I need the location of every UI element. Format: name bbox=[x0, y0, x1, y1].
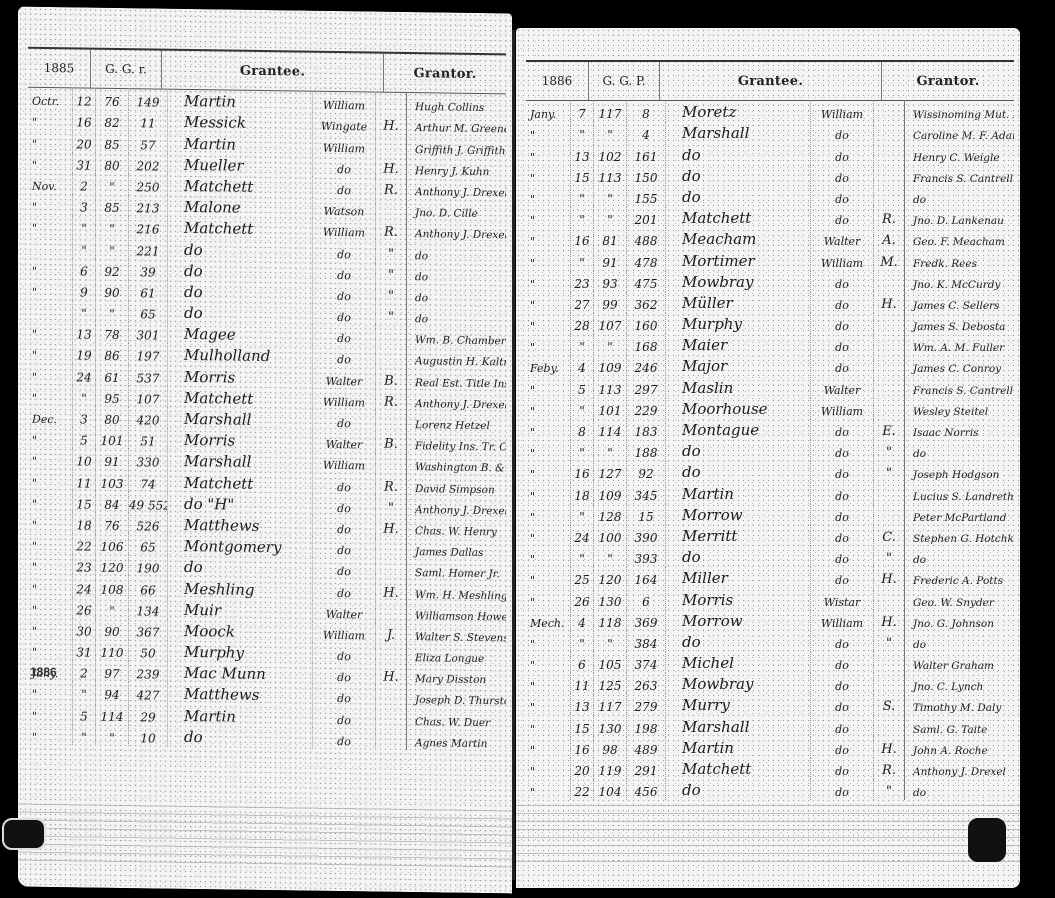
grantee-surname-cell: Merritt bbox=[666, 524, 811, 546]
grantee-given-name-cell: Walter bbox=[811, 375, 874, 397]
grantor-cell: Peter McPartland bbox=[905, 503, 1014, 525]
volume-cell: 82 bbox=[96, 109, 129, 132]
page-cell: 488 bbox=[627, 227, 666, 249]
month-cell: " bbox=[28, 320, 73, 343]
grantee-given-name-cell: do bbox=[811, 333, 874, 355]
grantee-initial-cell bbox=[874, 354, 905, 376]
grantee-given-name-cell: do bbox=[811, 481, 874, 503]
grantee-given-name-cell: do bbox=[811, 206, 874, 228]
right-page: 1886 G. G. P. Grantee. Grantor. Jany. 7 … bbox=[516, 28, 1020, 888]
grantee-surname-cell: Murry bbox=[666, 693, 811, 715]
page-cell: 279 bbox=[627, 693, 666, 715]
grantee-given-name-cell: do bbox=[313, 514, 376, 537]
page-cell: 190 bbox=[129, 554, 168, 577]
grantee-given-name-cell: do bbox=[313, 281, 376, 304]
volume-cell: 110 bbox=[96, 639, 129, 662]
year-mark-1886: 1886 bbox=[30, 665, 57, 679]
grantor-cell: do bbox=[905, 778, 1014, 800]
volume-cell: " bbox=[96, 596, 129, 619]
day-cell: " bbox=[571, 206, 594, 228]
grantee-surname-cell: Meacham bbox=[666, 227, 811, 249]
volume-cell: 113 bbox=[594, 375, 627, 397]
volume-cell: " bbox=[96, 723, 129, 746]
page-cell: 149 bbox=[129, 88, 168, 111]
ledger-row: " 13 117 279 Murry do S. Timothy M. Daly bbox=[526, 694, 1014, 715]
page-cell: 263 bbox=[627, 672, 666, 694]
day-cell: 8 bbox=[571, 418, 594, 440]
month-cell: " bbox=[28, 574, 73, 597]
grantor-cell: do bbox=[905, 545, 1014, 567]
page-cell: 362 bbox=[627, 291, 666, 313]
grantee-initial-cell: " bbox=[874, 439, 905, 461]
volume-cell: 85 bbox=[96, 130, 129, 153]
day-cell: " bbox=[73, 299, 96, 322]
grantee-given-name-cell: do bbox=[811, 121, 874, 143]
grantor-cell: Walter S. Stevenson bbox=[407, 622, 506, 646]
ledger-row: " 24 100 390 Merritt do C. Stephen G. Ho… bbox=[526, 525, 1014, 546]
grantee-given-name-cell: William bbox=[313, 91, 376, 114]
day-cell: 16 bbox=[571, 460, 594, 482]
ledger-row: " 16 98 489 Martin do H. John A. Roche bbox=[526, 737, 1014, 758]
grantee-given-name-cell: do bbox=[811, 651, 874, 673]
month-cell: " bbox=[526, 248, 571, 270]
grantee-given-name-cell: do bbox=[313, 536, 376, 559]
grantor-cell: John A. Roche bbox=[905, 736, 1014, 758]
page-cell: 420 bbox=[129, 406, 168, 429]
grantee-surname-cell: Morris bbox=[666, 587, 811, 609]
grantor-cell: David Simpson bbox=[407, 473, 506, 497]
day-cell: " bbox=[571, 185, 594, 207]
grantee-surname-cell: Matchett bbox=[666, 757, 811, 779]
volume-cell: 118 bbox=[594, 609, 627, 631]
grantee-surname-cell: do bbox=[666, 142, 811, 164]
month-cell: " bbox=[28, 701, 73, 724]
volume-cell: 86 bbox=[96, 342, 129, 365]
volume-cell: 119 bbox=[594, 757, 627, 779]
page-cell: 107 bbox=[129, 385, 168, 408]
volume-cell: 120 bbox=[96, 554, 129, 577]
grantee-surname-cell: Marshall bbox=[666, 714, 811, 736]
day-cell: 23 bbox=[571, 270, 594, 292]
grantee-given-name-cell: William bbox=[811, 609, 874, 631]
page-cell: 330 bbox=[129, 448, 168, 471]
day-cell: 20 bbox=[73, 130, 96, 153]
volume-cell: " bbox=[594, 630, 627, 652]
grantee-initial-cell bbox=[376, 346, 407, 369]
month-cell: " bbox=[28, 722, 73, 745]
grantee-given-name-cell: William bbox=[313, 218, 376, 241]
volume-cell: " bbox=[594, 185, 627, 207]
right-header-grantee: Grantee. bbox=[660, 62, 882, 100]
page-cell: 456 bbox=[627, 778, 666, 800]
grantor-cell: Henry J. Kuhn bbox=[407, 156, 506, 180]
day-cell: " bbox=[571, 397, 594, 419]
volume-cell: 95 bbox=[96, 384, 129, 407]
page-cell: 164 bbox=[627, 566, 666, 588]
grantee-surname-cell: do bbox=[666, 778, 811, 800]
volume-cell: 117 bbox=[594, 100, 627, 122]
grantee-surname-cell: Maslin bbox=[666, 375, 811, 397]
volume-cell: 114 bbox=[594, 418, 627, 440]
grantee-given-name-cell: do bbox=[811, 566, 874, 588]
ledger-row: " 11 125 263 Mowbray do Jno. C. Lynch bbox=[526, 673, 1014, 694]
grantor-cell: Mary Disston bbox=[407, 664, 506, 688]
grantee-initial-cell bbox=[376, 685, 407, 708]
grantor-cell: Wm. H. Meshling bbox=[407, 579, 506, 603]
day-cell: 5 bbox=[571, 375, 594, 397]
month-cell: " bbox=[526, 693, 571, 715]
month-cell: " bbox=[526, 714, 571, 736]
page-cell: 155 bbox=[627, 185, 666, 207]
month-cell: " bbox=[28, 193, 73, 216]
page-cell: 57 bbox=[129, 130, 168, 153]
page-cell: 297 bbox=[627, 375, 666, 397]
page-cell: 393 bbox=[627, 545, 666, 567]
day-cell: 6 bbox=[73, 257, 96, 280]
grantee-initial-cell: " bbox=[376, 282, 407, 305]
month-cell: " bbox=[526, 587, 571, 609]
grantor-cell: Timothy M. Daly bbox=[905, 693, 1014, 715]
day-cell: 4 bbox=[571, 609, 594, 631]
ledger-row: " " 128 15 Morrow do Peter McPartland bbox=[526, 504, 1014, 525]
month-cell: Feby. bbox=[526, 354, 571, 376]
grantee-initial-cell: H. bbox=[874, 609, 905, 631]
month-cell: Nov. bbox=[28, 171, 73, 194]
day-cell: 25 bbox=[571, 566, 594, 588]
day-cell: " bbox=[571, 121, 594, 143]
ledger-row: " 26 130 6 Morris Wistar Geo. W. Snyder bbox=[526, 588, 1014, 609]
volume-cell: " bbox=[96, 172, 129, 195]
volume-cell: 80 bbox=[96, 405, 129, 428]
volume-cell: 81 bbox=[594, 227, 627, 249]
page-cell: 10 bbox=[129, 724, 168, 747]
grantee-initial-cell: S. bbox=[874, 693, 905, 715]
volume-cell: " bbox=[594, 333, 627, 355]
page-cell: 65 bbox=[129, 533, 168, 556]
day-cell: 7 bbox=[571, 100, 594, 122]
day-cell: 13 bbox=[73, 320, 96, 343]
grantee-given-name-cell: do bbox=[811, 524, 874, 546]
day-cell: 26 bbox=[73, 596, 96, 619]
page-cell: 61 bbox=[129, 279, 168, 302]
grantor-cell: Arthur M. Greene bbox=[407, 113, 506, 137]
day-cell: 20 bbox=[571, 757, 594, 779]
grantor-cell: do bbox=[407, 261, 506, 285]
page-cell: 478 bbox=[627, 248, 666, 270]
month-cell: " bbox=[28, 214, 73, 237]
grantee-surname-cell: Mortimer bbox=[666, 248, 811, 270]
grantee-given-name-cell: do bbox=[313, 239, 376, 262]
grantee-initial-cell: H. bbox=[376, 515, 407, 538]
grantor-cell: Anthony J. Drexel bbox=[407, 389, 506, 413]
grantee-surname-cell: Mowbray bbox=[666, 672, 811, 694]
volume-cell: 114 bbox=[96, 702, 129, 725]
page-cell: 11 bbox=[129, 109, 168, 132]
day-cell: " bbox=[571, 439, 594, 461]
grantee-initial-cell bbox=[874, 121, 905, 143]
day-cell: 6 bbox=[571, 651, 594, 673]
month-cell: " bbox=[28, 638, 73, 661]
page-cell: 183 bbox=[627, 418, 666, 440]
grantee-given-name-cell: do bbox=[811, 142, 874, 164]
day-cell: 16 bbox=[571, 736, 594, 758]
day-cell: 24 bbox=[73, 363, 96, 386]
grantor-cell: Isaac Norris bbox=[905, 418, 1014, 440]
grantee-surname-cell: do bbox=[666, 630, 811, 652]
left-rows: Octr. 12 76 149 Martin William Hugh Coll… bbox=[28, 88, 506, 751]
volume-cell: 108 bbox=[96, 575, 129, 598]
volume-cell: 91 bbox=[594, 248, 627, 270]
page-cell: 202 bbox=[129, 152, 168, 175]
grantee-given-name-cell: do bbox=[313, 663, 376, 686]
month-cell: " bbox=[28, 616, 73, 639]
grantee-initial-cell bbox=[376, 558, 407, 581]
day-cell: 28 bbox=[571, 312, 594, 334]
grantee-surname-cell: Morrow bbox=[666, 609, 811, 631]
month-cell: " bbox=[526, 206, 571, 228]
day-cell: 5 bbox=[73, 702, 96, 725]
page-cell: 161 bbox=[627, 142, 666, 164]
month-cell: " bbox=[526, 757, 571, 779]
grantor-cell: James C. Conroy bbox=[905, 354, 1014, 376]
volume-cell: 106 bbox=[96, 533, 129, 556]
volume-cell: " bbox=[96, 215, 129, 238]
right-header-grantor: Grantor. bbox=[882, 74, 1014, 89]
grantee-given-name-cell: William bbox=[811, 248, 874, 270]
grantee-initial-cell bbox=[874, 587, 905, 609]
grantee-given-name-cell: do bbox=[313, 175, 376, 198]
grantee-surname-cell: Mowbray bbox=[666, 270, 811, 292]
grantee-given-name-cell: Wistar bbox=[811, 587, 874, 609]
day-cell: 2 bbox=[73, 659, 96, 682]
grantor-cell: Chas. W. Henry bbox=[407, 516, 506, 540]
day-cell: 22 bbox=[73, 532, 96, 555]
month-cell: " bbox=[526, 333, 571, 355]
day-cell: " bbox=[73, 214, 96, 237]
ledger-row: " " " 384 do do " do bbox=[526, 631, 1014, 652]
volume-cell: 125 bbox=[594, 672, 627, 694]
ledger-row: " 23 93 475 Mowbray do Jno. K. McCurdy bbox=[526, 271, 1014, 292]
month-cell bbox=[28, 299, 73, 322]
grantee-given-name-cell: do bbox=[811, 185, 874, 207]
grantor-cell: Lucius S. Landreth bbox=[905, 481, 1014, 503]
grantee-initial-cell bbox=[874, 100, 905, 122]
volume-cell: 109 bbox=[594, 481, 627, 503]
grantee-initial-cell: " bbox=[376, 261, 407, 284]
ledger-row: " " " 155 do do do bbox=[526, 186, 1014, 207]
grantee-initial-cell bbox=[376, 727, 407, 750]
volume-cell: " bbox=[594, 545, 627, 567]
grantee-surname-cell: Montague bbox=[666, 418, 811, 440]
grantee-initial-cell: H. bbox=[376, 664, 407, 687]
page-cell: 345 bbox=[627, 481, 666, 503]
grantor-cell: Joseph D. Thurston bbox=[407, 685, 506, 709]
grantee-initial-cell bbox=[376, 92, 407, 115]
ledger-row: " " " 168 Maier do Wm. A. M. Fuller bbox=[526, 334, 1014, 355]
ledger-row: " " " 393 do do " do bbox=[526, 546, 1014, 567]
grantee-given-name-cell: William bbox=[811, 100, 874, 122]
grantee-given-name-cell: Walter bbox=[313, 599, 376, 622]
grantee-surname-cell: Martin bbox=[666, 736, 811, 758]
grantee-surname-cell: Miller bbox=[666, 566, 811, 588]
grantor-cell: Eliza Longue bbox=[407, 643, 506, 667]
grantee-initial-cell: A. bbox=[874, 227, 905, 249]
page-cell: 239 bbox=[129, 660, 168, 683]
grantee-given-name-cell: do bbox=[811, 545, 874, 567]
ledger-row: " 18 109 345 Martin do Lucius S. Landret… bbox=[526, 482, 1014, 503]
page-cell: 546 549 552 556. bbox=[129, 491, 168, 514]
day-cell: 9 bbox=[73, 278, 96, 301]
grantee-given-name-cell: do bbox=[811, 354, 874, 376]
day-cell: 16 bbox=[571, 227, 594, 249]
month-cell: " bbox=[526, 227, 571, 249]
grantee-initial-cell bbox=[376, 706, 407, 729]
grantor-cell: Augustin H. Kaltman bbox=[407, 346, 506, 370]
grantee-given-name-cell: do bbox=[811, 460, 874, 482]
page-cell: 168 bbox=[627, 333, 666, 355]
grantee-initial-cell: " bbox=[376, 303, 407, 326]
grantee-initial-cell bbox=[874, 270, 905, 292]
page-cell: 537 bbox=[129, 364, 168, 387]
day-cell: 13 bbox=[571, 693, 594, 715]
page-cell: 213 bbox=[129, 194, 168, 217]
grantee-initial-cell: " bbox=[874, 460, 905, 482]
month-cell: " bbox=[526, 164, 571, 186]
grantee-given-name-cell: do bbox=[811, 736, 874, 758]
grantee-given-name-cell: do bbox=[811, 439, 874, 461]
month-cell: Dec. bbox=[28, 405, 73, 428]
ledger-row: Feby. 4 109 246 Major do James C. Conroy bbox=[526, 355, 1014, 376]
volume-cell: 90 bbox=[96, 617, 129, 640]
grantee-surname-cell: do bbox=[666, 185, 811, 207]
grantee-surname-cell: do bbox=[666, 545, 811, 567]
grantor-cell: Fredk. Rees bbox=[905, 248, 1014, 270]
grantee-surname-cell: Morrow bbox=[666, 503, 811, 525]
page-cell: 197 bbox=[129, 342, 168, 365]
left-blank-ruled-lines bbox=[18, 797, 512, 874]
volume-cell: 92 bbox=[96, 257, 129, 280]
page-cell: 188 bbox=[627, 439, 666, 461]
grantee-initial-cell bbox=[874, 312, 905, 334]
month-cell: " bbox=[526, 439, 571, 461]
page-cell: 92 bbox=[627, 460, 666, 482]
grantee-initial-cell bbox=[376, 452, 407, 475]
volume-cell: 105 bbox=[594, 651, 627, 673]
grantee-given-name-cell: William bbox=[313, 387, 376, 410]
day-cell: 11 bbox=[73, 469, 96, 492]
day-cell: " bbox=[73, 681, 96, 704]
ledger-row: " 6 105 374 Michel do Walter Graham bbox=[526, 652, 1014, 673]
month-cell: Jany. bbox=[526, 100, 571, 122]
grantor-cell: Griffith J. Griffith bbox=[407, 134, 506, 158]
volume-cell: 107 bbox=[594, 312, 627, 334]
month-cell: " bbox=[526, 121, 571, 143]
grantor-cell: Williamson Howell bbox=[407, 600, 506, 624]
left-header-book-page: G. G. r. bbox=[91, 50, 162, 89]
grantee-given-name-cell: do bbox=[313, 260, 376, 283]
left-header-grantor: Grantor. bbox=[384, 65, 506, 82]
day-cell: 30 bbox=[73, 617, 96, 640]
page-cell: 291 bbox=[627, 757, 666, 779]
page-cell: 526 bbox=[129, 512, 168, 535]
grantee-initial-cell: R. bbox=[376, 388, 407, 411]
grantee-given-name-cell: do bbox=[313, 472, 376, 495]
page-cell: 160 bbox=[627, 312, 666, 334]
page-cell: 427 bbox=[129, 681, 168, 704]
month-cell: " bbox=[28, 489, 73, 512]
grantee-initial-cell bbox=[376, 536, 407, 559]
grantee-initial-cell: H. bbox=[376, 579, 407, 602]
day-cell: 26 bbox=[571, 587, 594, 609]
day-cell: 31 bbox=[73, 151, 96, 174]
grantor-cell: James Dallas bbox=[407, 537, 506, 561]
page-cell: 384 bbox=[627, 630, 666, 652]
ledger-row: " 13 102 161 do do Henry C. Weigle bbox=[526, 143, 1014, 164]
day-cell: " bbox=[571, 248, 594, 270]
page-cell: 8 bbox=[627, 100, 666, 122]
grantee-given-name-cell: do bbox=[811, 164, 874, 186]
volume-cell: 101 bbox=[594, 397, 627, 419]
grantee-given-name-cell: William bbox=[811, 397, 874, 419]
month-cell: " bbox=[28, 468, 73, 491]
grantor-cell: Jno. D. Lankenau bbox=[905, 206, 1014, 228]
grantee-given-name-cell: Walter bbox=[313, 430, 376, 453]
day-cell: 4 bbox=[571, 354, 594, 376]
grantee-given-name-cell: Watson bbox=[313, 197, 376, 220]
page-cell: 150 bbox=[627, 164, 666, 186]
grantor-cell: Saml. Homer Jr. bbox=[407, 558, 506, 582]
grantee-given-name-cell: do bbox=[811, 503, 874, 525]
grantee-initial-cell: E. bbox=[874, 418, 905, 440]
grantor-cell: do bbox=[407, 283, 506, 307]
volume-cell: 84 bbox=[96, 490, 129, 513]
grantee-initial-cell bbox=[376, 642, 407, 665]
month-cell: " bbox=[28, 553, 73, 576]
page-cell: 4 bbox=[627, 121, 666, 143]
volume-cell: 97 bbox=[96, 660, 129, 683]
month-cell: " bbox=[28, 447, 73, 470]
month-cell: " bbox=[28, 680, 73, 703]
month-cell: " bbox=[526, 270, 571, 292]
grantee-surname-cell: Moorhouse bbox=[666, 397, 811, 419]
page-cell: 65 bbox=[129, 300, 168, 323]
grantee-given-name-cell: do bbox=[313, 578, 376, 601]
month-cell: " bbox=[28, 108, 73, 131]
month-cell bbox=[28, 235, 73, 258]
left-header-grantee: Grantee. bbox=[162, 51, 384, 92]
grantee-initial-cell bbox=[874, 651, 905, 673]
grantee-surname-cell: do bbox=[666, 439, 811, 461]
day-cell: 15 bbox=[73, 490, 96, 513]
day-cell: 3 bbox=[73, 405, 96, 428]
month-cell: " bbox=[526, 566, 571, 588]
page-cell: 50 bbox=[129, 639, 168, 662]
ledger-row: Jany. 7 117 8 Moretz William Wissinoming… bbox=[526, 101, 1014, 122]
ledger-row: " 22 104 456 do do " do bbox=[526, 779, 1014, 800]
grantee-initial-cell bbox=[874, 142, 905, 164]
grantee-initial-cell: J. bbox=[376, 621, 407, 644]
day-cell: 23 bbox=[73, 553, 96, 576]
day-cell: " bbox=[571, 630, 594, 652]
day-cell: 15 bbox=[571, 714, 594, 736]
ledger-row: " 28 107 160 Murphy do James S. Debosta bbox=[526, 313, 1014, 334]
book-clamp-left bbox=[2, 818, 46, 850]
day-cell: 2 bbox=[73, 172, 96, 195]
grantee-given-name-cell: do bbox=[313, 154, 376, 177]
grantor-cell: Henry C. Weigle bbox=[905, 142, 1014, 164]
volume-cell: " bbox=[594, 439, 627, 461]
grantor-cell: Geo. F. Meacham bbox=[905, 227, 1014, 249]
